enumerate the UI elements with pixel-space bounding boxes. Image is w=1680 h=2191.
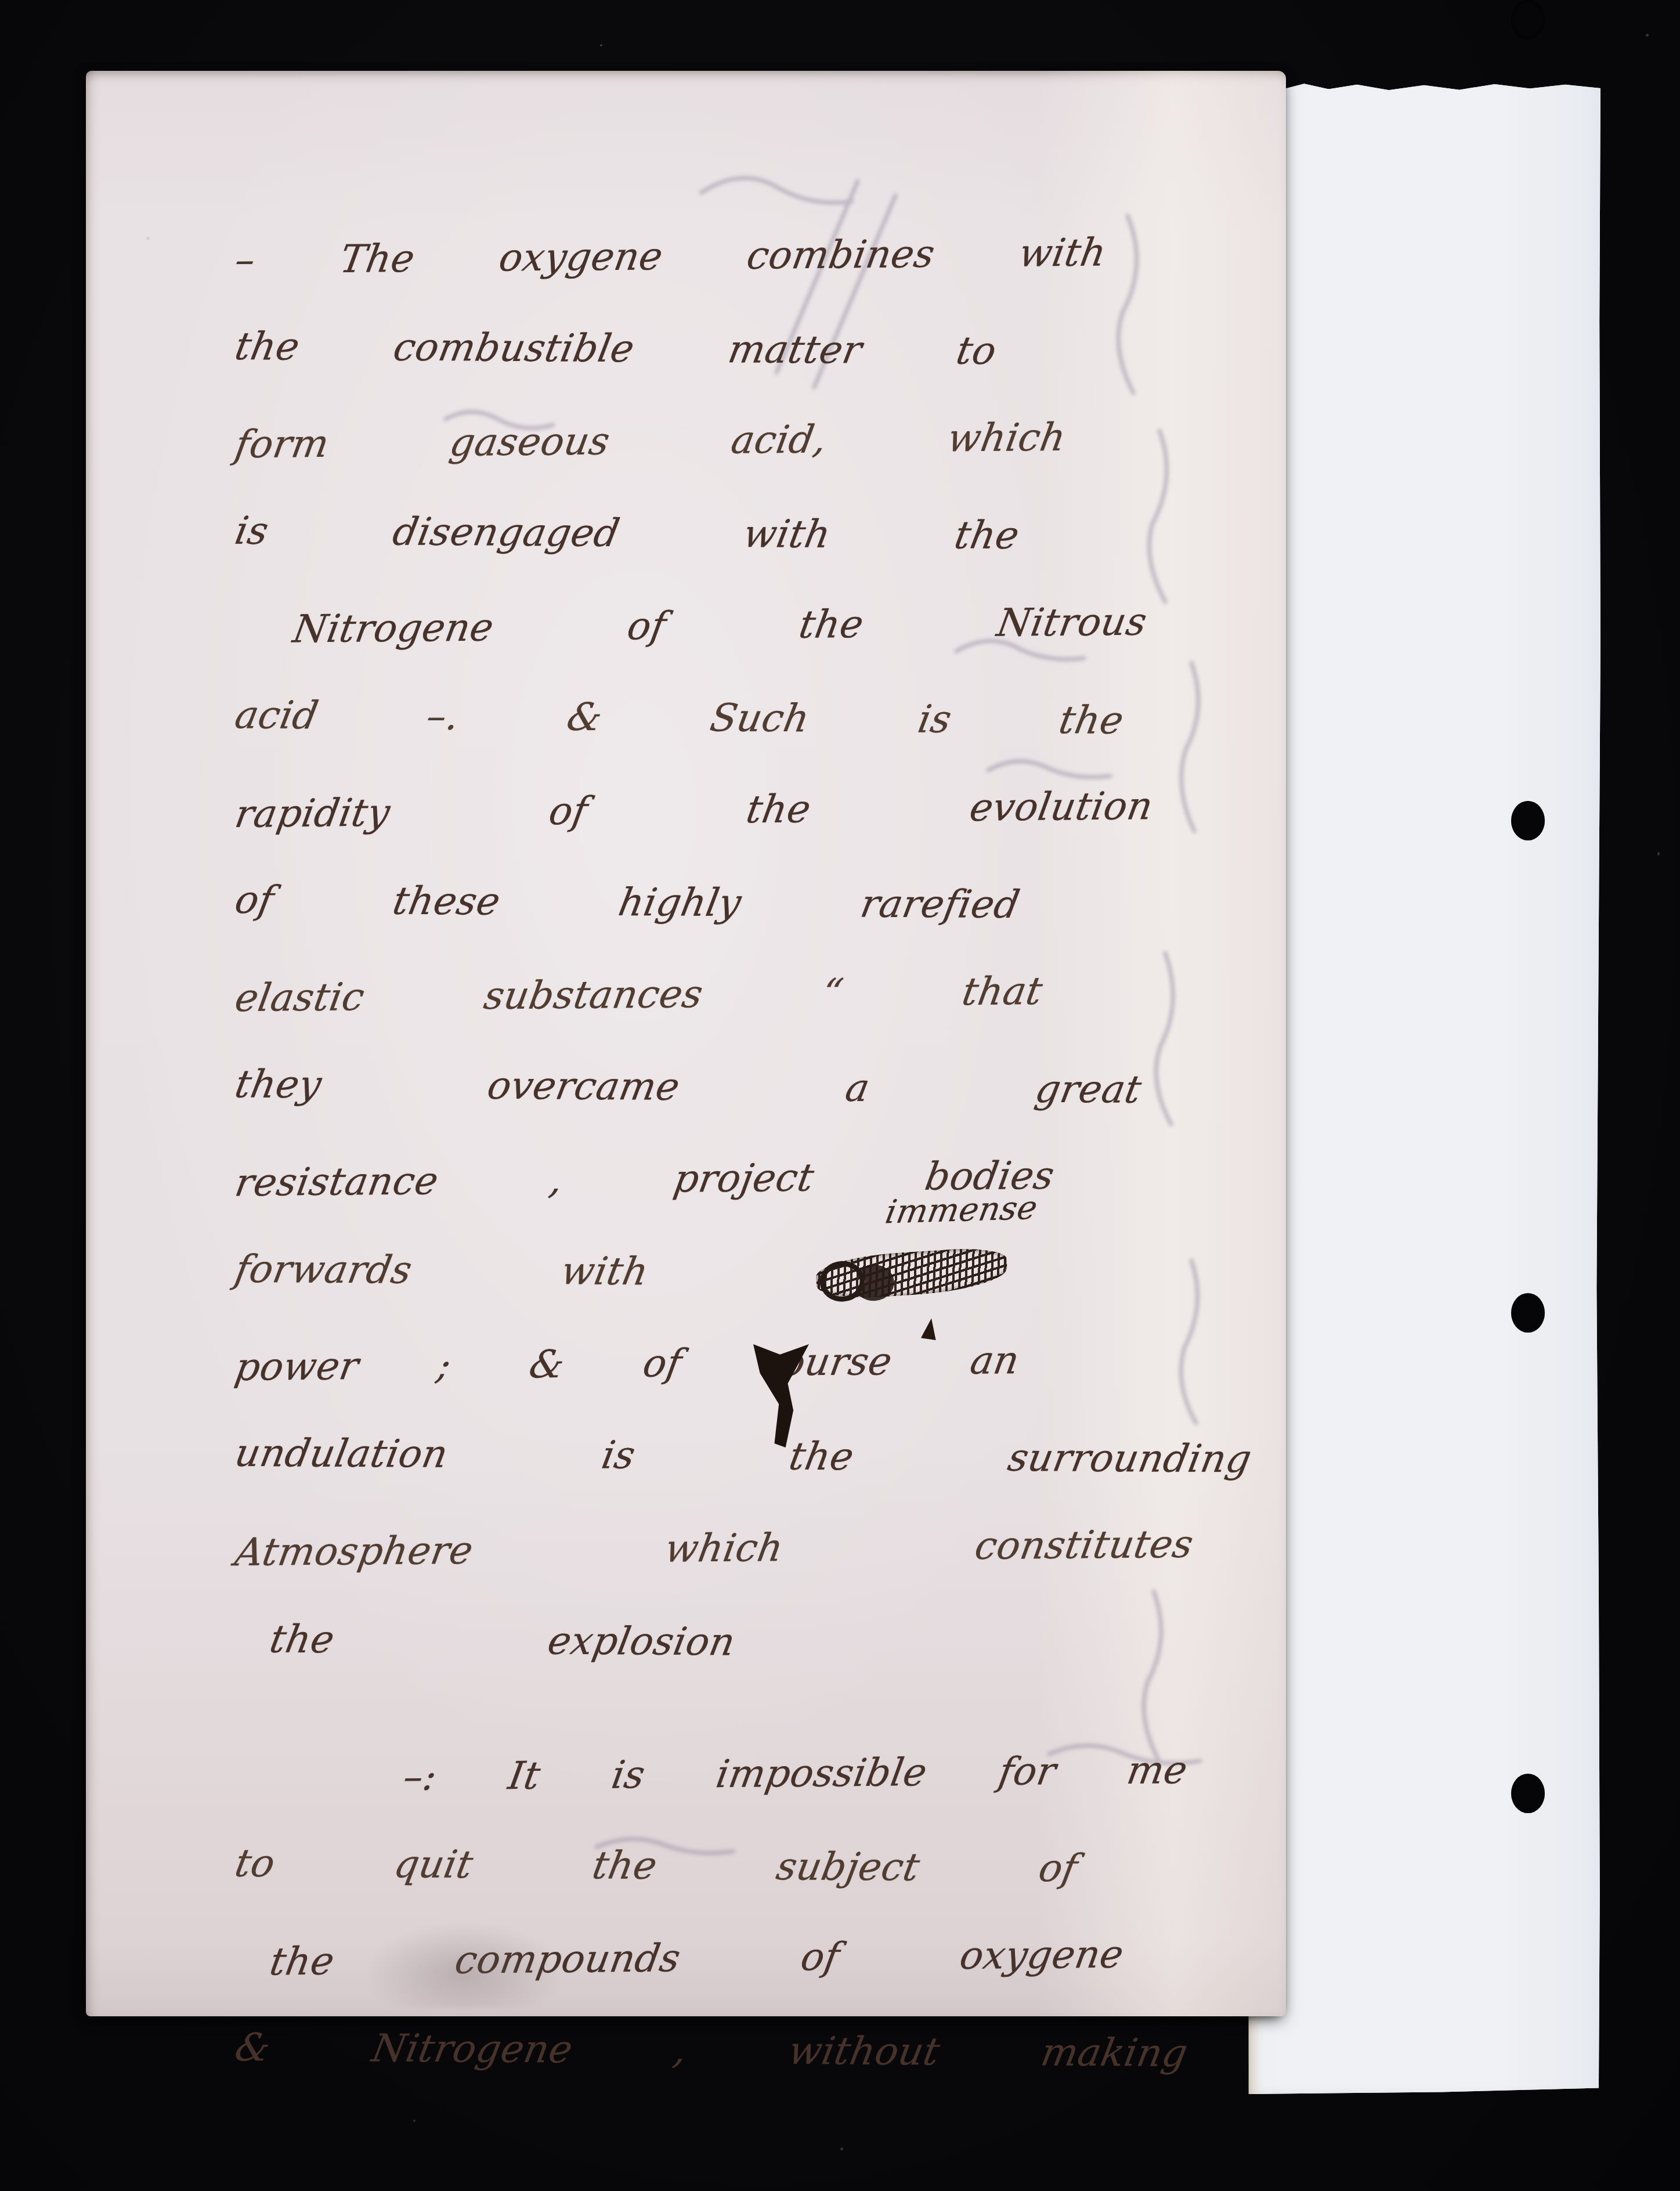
word: power bbox=[232, 1344, 362, 1389]
word: to bbox=[232, 1841, 279, 1886]
word: the bbox=[589, 1843, 661, 1888]
word: & bbox=[563, 695, 606, 739]
word: of bbox=[545, 789, 591, 834]
dust-speck bbox=[413, 2120, 416, 2122]
word: quit bbox=[391, 1842, 476, 1887]
word: surrounding bbox=[1005, 1435, 1255, 1481]
word: the bbox=[743, 786, 814, 832]
word: substances bbox=[480, 972, 706, 1018]
word: is bbox=[232, 508, 272, 553]
dust-speck bbox=[600, 44, 602, 46]
handwriting-lines: –Theoxygenecombineswiththecombustiblemat… bbox=[236, 210, 1269, 2096]
word: the bbox=[951, 512, 1023, 558]
word: evolution bbox=[966, 784, 1156, 830]
word: rarefied bbox=[857, 882, 1023, 927]
word: oxygene bbox=[957, 1932, 1128, 1979]
word: with bbox=[558, 1248, 652, 1294]
word: combines bbox=[744, 232, 938, 278]
word: to bbox=[953, 329, 1000, 373]
word: undulation bbox=[232, 1431, 451, 1477]
word: The bbox=[337, 236, 418, 281]
word: that bbox=[959, 969, 1046, 1014]
word: making bbox=[1038, 2030, 1191, 2076]
photo-backdrop: { "photo": { "background_color": "#0a0a0… bbox=[0, 0, 1680, 2191]
word: “ bbox=[819, 970, 846, 1015]
manuscript-line: acid–.&Suchisthe bbox=[236, 669, 1124, 766]
word: the bbox=[232, 324, 304, 369]
manuscript-line: &Nitrogene,withoutmaking bbox=[236, 2001, 1188, 2099]
word: highly bbox=[615, 880, 745, 925]
manuscript-line: theyovercameagreat bbox=[236, 1038, 1141, 1136]
manuscript-line: undulationisthesurrounding bbox=[236, 1407, 1252, 1506]
manuscript-line: –Theoxygenecombineswith bbox=[235, 206, 1106, 306]
word: me bbox=[1124, 1748, 1191, 1793]
word: which bbox=[944, 415, 1069, 461]
dust-speck bbox=[840, 2147, 843, 2150]
manuscript-line: power;&ofcoursean bbox=[235, 1314, 1019, 1413]
manuscript-line: NitrogeneoftheNitrous bbox=[293, 576, 1147, 676]
dust-speck bbox=[146, 237, 150, 240]
manuscript-line: ofthesehighlyrarefied bbox=[236, 854, 1020, 951]
dust-speck bbox=[1657, 852, 1660, 856]
word: these bbox=[389, 879, 504, 924]
word: great bbox=[1032, 1067, 1145, 1112]
word: the bbox=[1056, 698, 1128, 743]
word: –: bbox=[400, 1754, 440, 1799]
word: the bbox=[266, 1617, 338, 1662]
word: with bbox=[1016, 230, 1110, 275]
word: ; bbox=[433, 1343, 454, 1388]
word: without bbox=[785, 2028, 944, 2074]
word: the bbox=[267, 1939, 338, 1984]
word: It bbox=[505, 1753, 543, 1799]
word: combustible bbox=[390, 325, 638, 371]
word: , bbox=[546, 1157, 566, 1202]
word: Such bbox=[707, 695, 813, 741]
manuscript-line: toquitthesubjectof bbox=[236, 1817, 1078, 1915]
word: – bbox=[232, 237, 259, 282]
archival-backing-strip bbox=[1248, 80, 1600, 2094]
word: overcame bbox=[484, 1063, 684, 1109]
word: Nitrogene bbox=[290, 605, 497, 651]
word: oxygene bbox=[496, 234, 666, 280]
word: they bbox=[232, 1062, 325, 1107]
manuscript-line: isdisengagedwiththe bbox=[236, 485, 1020, 582]
word: the bbox=[796, 602, 867, 647]
manuscript-line: rapidityoftheevolution bbox=[235, 760, 1152, 860]
word: project bbox=[670, 1155, 817, 1201]
word: impossible bbox=[713, 1750, 931, 1796]
graphite-smudge bbox=[366, 1921, 563, 2008]
word: is bbox=[608, 1752, 648, 1797]
word: explosion bbox=[544, 1619, 739, 1665]
word: elastic bbox=[232, 974, 368, 1020]
word: disengaged bbox=[389, 510, 623, 555]
word: gaseous bbox=[447, 419, 613, 465]
word: of bbox=[798, 1934, 843, 1980]
punch-hole bbox=[1511, 1293, 1545, 1333]
word: acid bbox=[232, 692, 322, 738]
word: is bbox=[915, 697, 955, 742]
manuscript-line: –:Itisimpossibleforme bbox=[403, 1724, 1187, 1823]
manuscript-page: –Theoxygenecombineswiththecombustiblemat… bbox=[86, 71, 1286, 2016]
word: a bbox=[842, 1066, 873, 1110]
punch-hole bbox=[1511, 801, 1545, 840]
manuscript-line: thecombustiblematterto bbox=[236, 300, 996, 397]
word: for bbox=[995, 1749, 1059, 1794]
word: of bbox=[640, 1341, 685, 1386]
manuscript-line: formgaseousacid,which bbox=[235, 391, 1065, 490]
word: is bbox=[598, 1433, 639, 1478]
word: of bbox=[232, 878, 277, 922]
word: of bbox=[624, 604, 669, 649]
word: the bbox=[786, 1434, 858, 1479]
dust-speck bbox=[1646, 34, 1649, 37]
word: Atmosphere bbox=[232, 1528, 477, 1575]
manuscript-line: elasticsubstances“that bbox=[235, 945, 1042, 1044]
punch-hole bbox=[1511, 1774, 1545, 1813]
word: rapidity bbox=[232, 791, 393, 836]
inserted-word: immense bbox=[883, 1189, 1040, 1231]
word: & bbox=[526, 1342, 568, 1387]
word: Nitrogene bbox=[368, 2026, 576, 2071]
word: forwards bbox=[232, 1247, 416, 1293]
word: Nitrous bbox=[994, 600, 1150, 645]
word: of bbox=[1035, 1846, 1081, 1890]
word: form bbox=[232, 421, 333, 467]
word: which bbox=[662, 1525, 786, 1571]
manuscript-line: Atmospherewhichconstitutes bbox=[235, 1498, 1193, 1598]
manuscript-line: forwardswithimmense bbox=[236, 1223, 1008, 1320]
word: with bbox=[740, 511, 834, 557]
word: , bbox=[670, 2028, 691, 2073]
word: & bbox=[232, 2025, 274, 2070]
word: constitutes bbox=[972, 1522, 1197, 1568]
word: acid, bbox=[728, 417, 830, 463]
word: subject bbox=[773, 1844, 923, 1889]
word: an bbox=[967, 1338, 1023, 1383]
word: resistance bbox=[232, 1158, 442, 1205]
punch-hole bbox=[1511, 0, 1545, 39]
word: matter bbox=[725, 327, 866, 372]
manuscript-line: theexplosion bbox=[270, 1593, 735, 1688]
struck-out-word bbox=[815, 1246, 1009, 1301]
word: –. bbox=[423, 694, 463, 738]
